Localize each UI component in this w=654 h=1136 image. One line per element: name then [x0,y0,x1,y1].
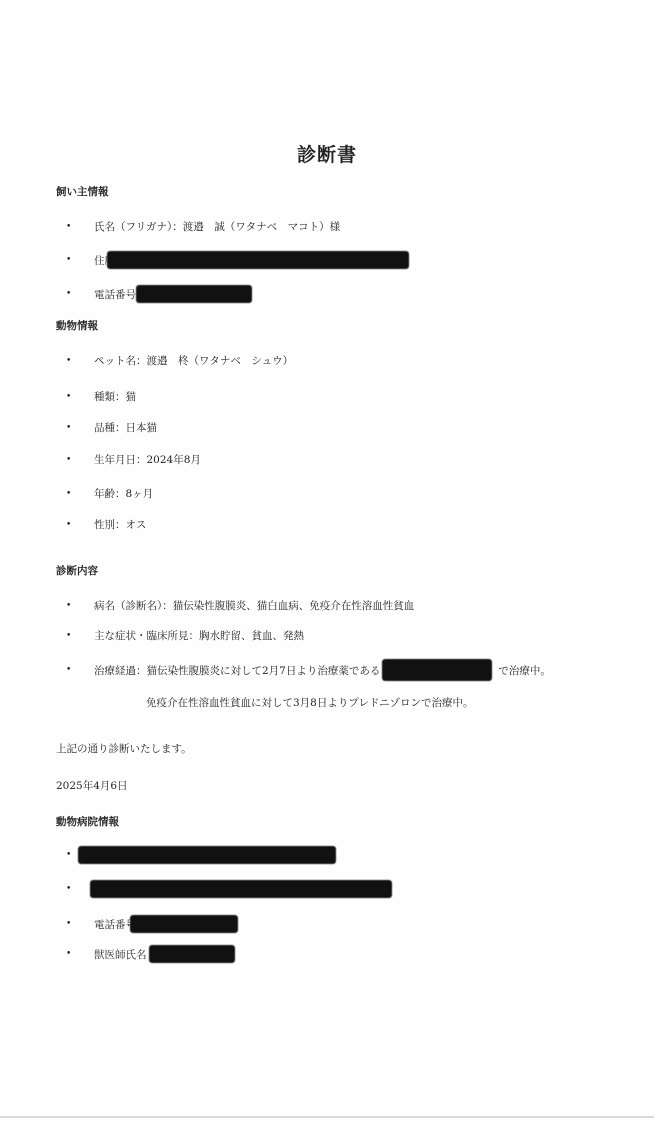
hospital-item: • 獣医師氏名 [66,945,235,963]
pet-sex: 性別：オス [94,517,146,532]
diagnosis-item: • 治療経過：猫伝染性腹膜炎に対して2月7日より治療薬である で治療中。 [66,659,551,681]
bullet-icon: • [66,949,94,959]
owner-section-heading: 飼い主情報 [56,184,109,199]
document-title: 診断書 [0,140,654,167]
bullet-icon: • [66,392,94,402]
bullet-icon: • [66,665,94,675]
bullet-icon: • [66,631,94,641]
diagnosis-section-heading: 診断内容 [56,563,98,578]
hospital-item: • 電話番号 [66,915,238,933]
redaction-bar [90,880,392,898]
redaction-bar [107,251,409,269]
symptoms: 主な症状・臨床所見：胸水貯留、貧血、発熱 [94,628,304,643]
owner-phone-label: 電話番号 [94,287,136,302]
animal-item: • 品種：日本猫 [66,420,157,435]
hospital-item: • [66,846,336,864]
veterinarian-name-label: 獣医師氏名 [94,947,147,962]
pet-species: 種類：猫 [94,389,136,404]
redaction-bar [382,659,492,681]
redaction-bar [78,846,336,864]
owner-name-item: • 氏名（フリガナ）：渡邉 誠（ワタナベ マコト）様 [66,219,340,234]
bullet-icon: • [66,289,94,299]
redaction-bar [149,945,235,963]
bullet-icon: • [66,423,94,433]
pet-birthdate: 生年月日：2024年8月 [94,452,201,467]
pet-breed: 品種：日本猫 [94,420,157,435]
hospital-item: • [66,880,392,898]
owner-name: 氏名（フリガナ）：渡邉 誠（ワタナベ マコト）様 [94,219,340,234]
hospital-section-heading: 動物病院情報 [56,814,119,829]
animal-item: • 生年月日：2024年8月 [66,452,201,467]
owner-address-item: • 住所 [66,251,409,269]
animal-item: • 性別：オス [66,517,146,532]
animal-item: • ペット名：渡邉 柊（ワタナベ シュウ） [66,353,293,368]
pet-name: ペット名：渡邉 柊（ワタナベ シュウ） [94,353,293,368]
animal-section-heading: 動物情報 [56,318,98,333]
bullet-icon: • [66,601,94,611]
bullet-icon: • [66,489,94,499]
bullet-icon: • [66,919,94,929]
owner-phone-item: • 電話番号 [66,285,252,303]
bullet-icon: • [66,222,94,232]
pet-age: 年齢：8ヶ月 [94,486,153,501]
animal-item: • 年齢：8ヶ月 [66,486,153,501]
treatment-course: 治療経過：猫伝染性腹膜炎に対して2月7日より治療薬である [94,663,380,678]
treatment-course-end: で治療中。 [498,663,551,678]
bullet-icon: • [66,356,94,366]
document-page: 診断書 飼い主情報 • 氏名（フリガナ）：渡邉 誠（ワタナベ マコト）様 • 住… [0,0,654,1117]
disease-names: 病名（診断名）：猫伝染性腹膜炎、猫白血病、免疫介在性溶血性貧血 [94,598,414,613]
bullet-icon: • [66,255,94,265]
diagnosis-item: • 病名（診断名）：猫伝染性腹膜炎、猫白血病、免疫介在性溶血性貧血 [66,598,414,613]
bullet-icon: • [66,884,90,894]
page-bottom-edge [0,1116,654,1118]
animal-item: • 種類：猫 [66,389,136,404]
redaction-bar [136,285,252,303]
bullet-icon: • [66,520,94,530]
treatment-continuation: 免疫介在性溶血性貧血に対して3月8日よりプレドニゾロンで治療中。 [146,695,474,710]
bullet-icon: • [66,455,94,465]
closing-statement: 上記の通り診断いたします。 [56,741,192,756]
document-date: 2025年4月6日 [56,778,128,793]
diagnosis-item: • 主な症状・臨床所見：胸水貯留、貧血、発熱 [66,628,304,643]
redaction-bar [130,915,238,933]
bullet-icon: • [66,850,78,860]
